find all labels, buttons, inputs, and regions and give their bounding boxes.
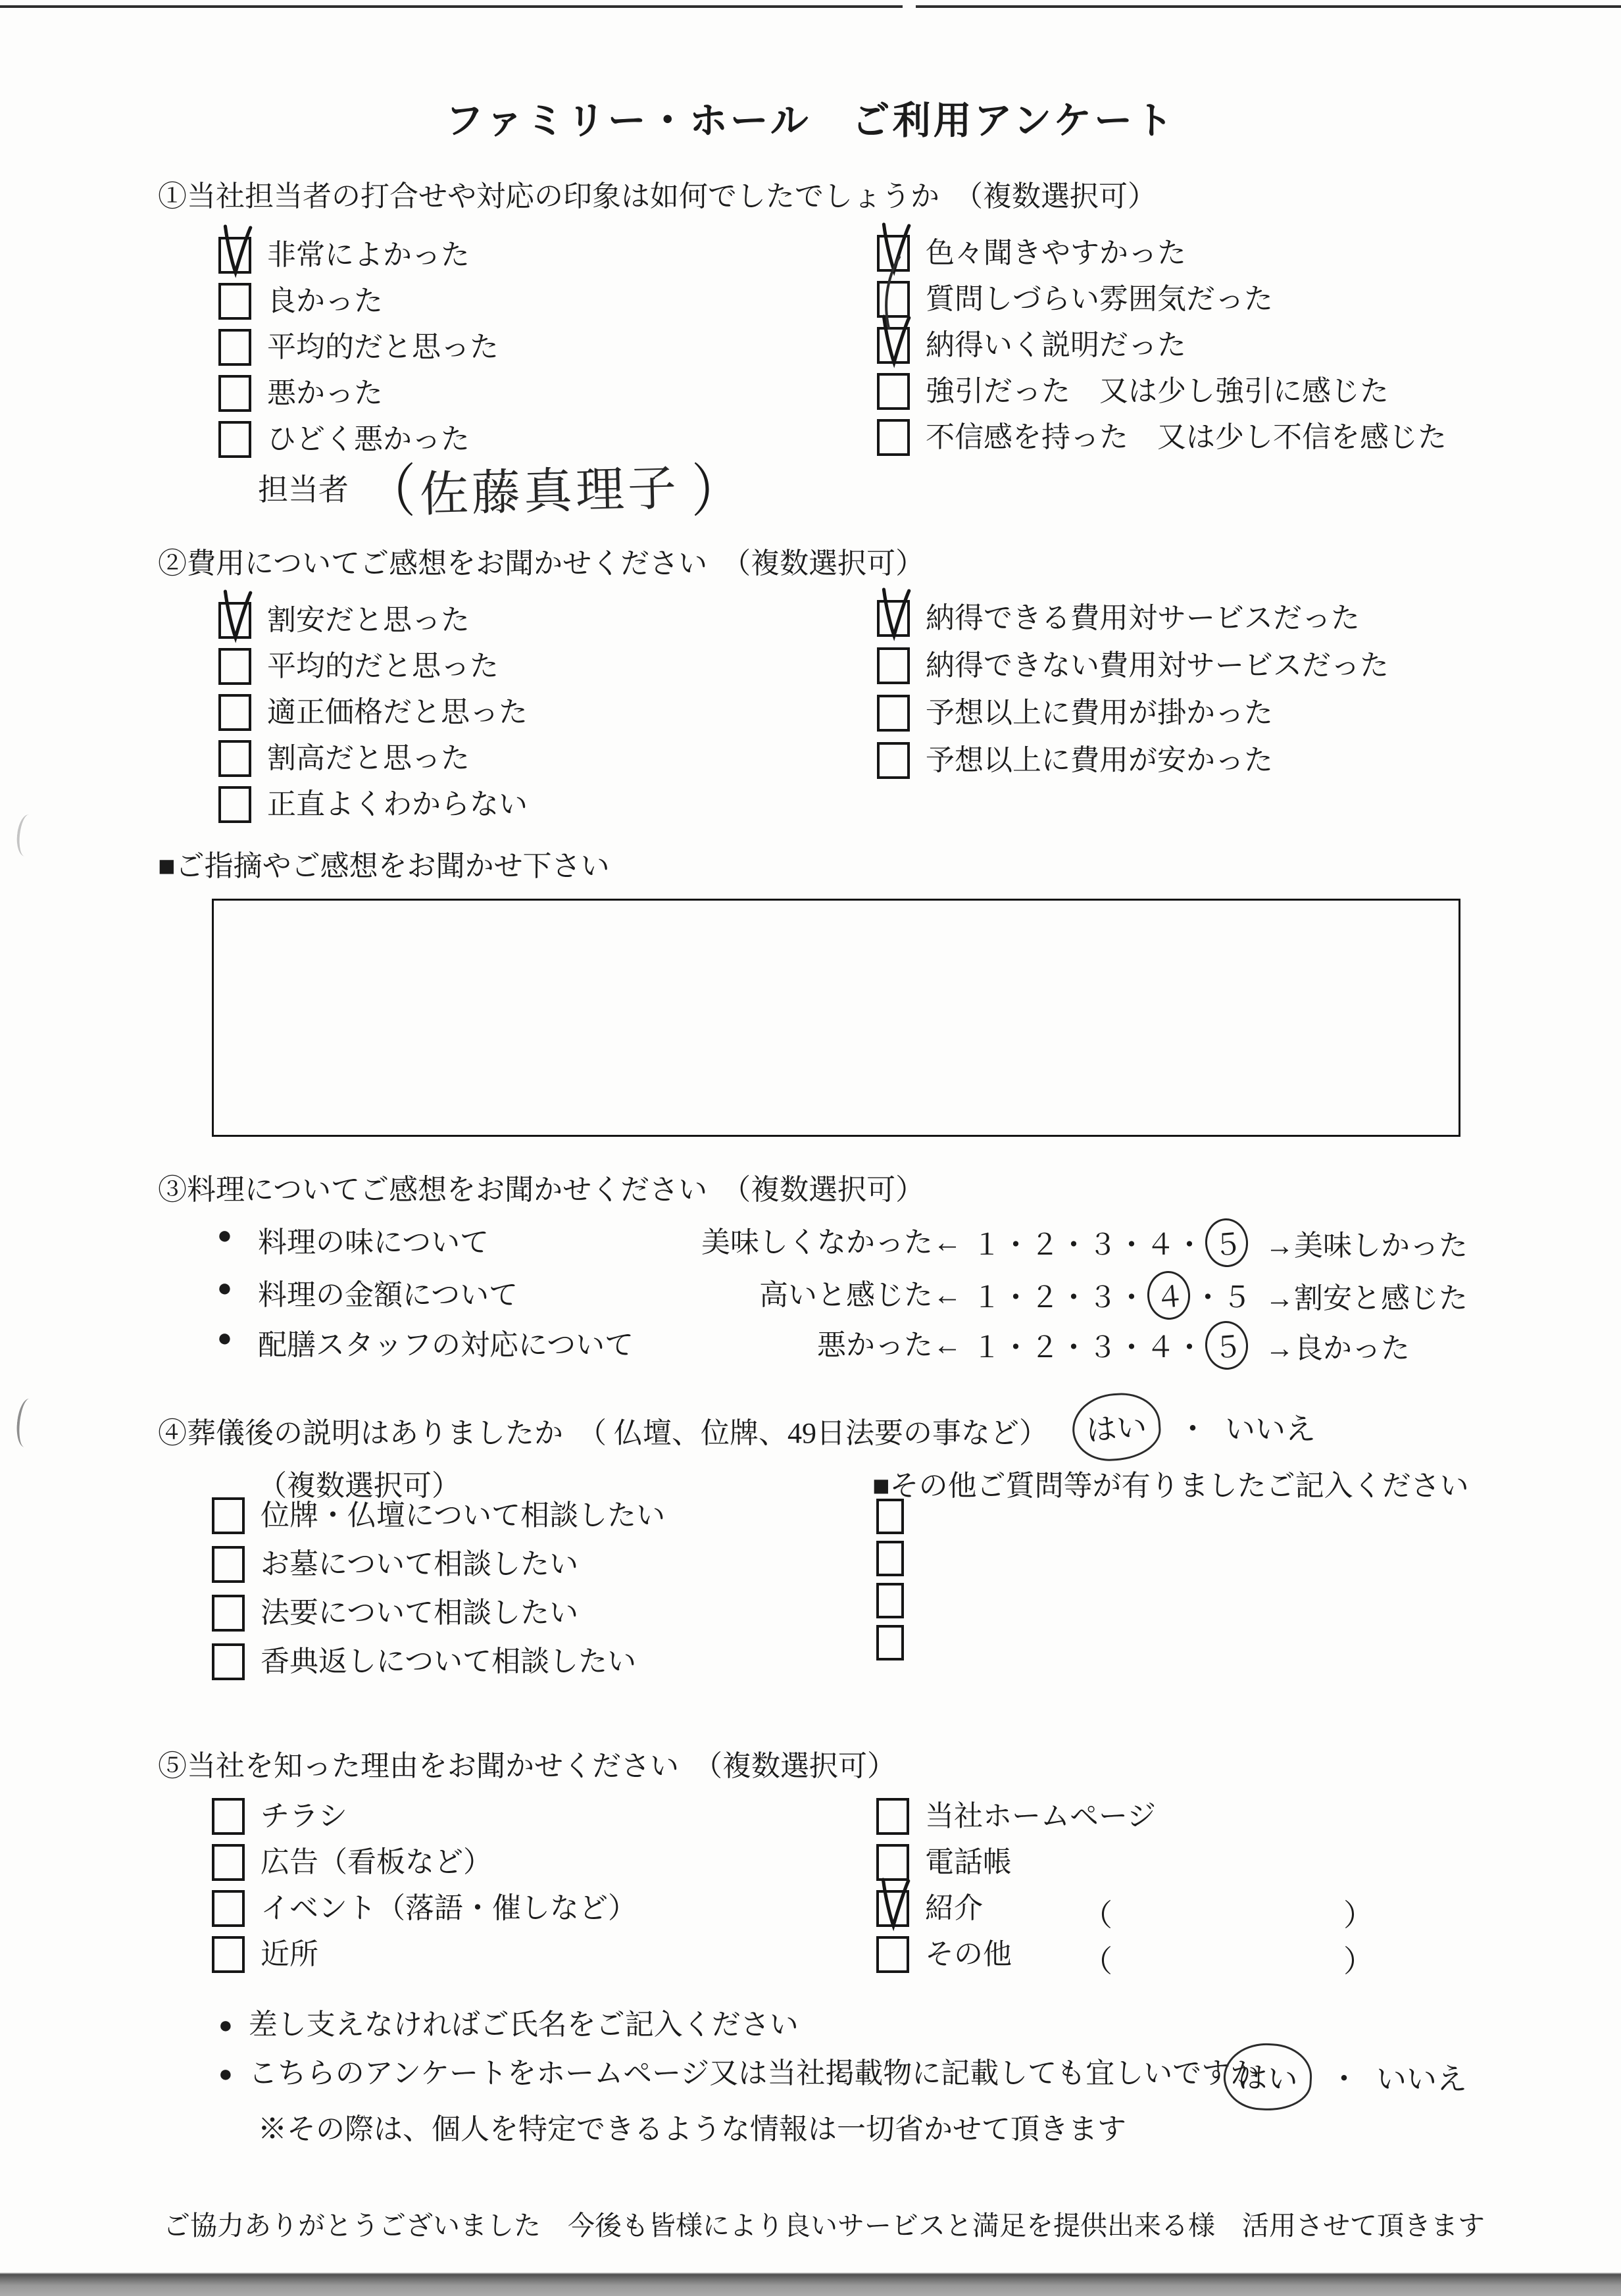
bullet-icon: ● [217,1274,232,1303]
checkbox[interactable] [877,647,910,684]
referral-paren-close: ） [1343,1891,1374,1935]
rating-high-anchor: →割安と感じた [1265,1274,1468,1316]
q4-answer-no[interactable]: いいえ [1225,1405,1316,1449]
rating-1[interactable]: １ [972,1221,999,1263]
checkbox[interactable] [876,1798,909,1835]
comments-box[interactable] [212,899,1460,1137]
q1-option-pushy[interactable]: 強引だった 又は少し強引に感じた [877,373,1389,410]
option-label: 当社ホームページ [925,1798,1156,1834]
q2-option-unsure[interactable]: 正直よくわからない [218,786,528,823]
rating-label: 料理の味について [258,1218,489,1260]
scan-artifact-edge-mark [15,814,39,858]
option-label: ひどく悪かった [267,421,470,457]
q4-option-koudengaeshi[interactable]: 香典返しについて相談したい [212,1643,636,1680]
q4-option-ihai-butsudan[interactable]: 位牌・仏壇について相談したい [212,1497,665,1534]
checkbox[interactable] [212,1643,245,1680]
option-label: 法要について相談したい [261,1595,578,1630]
q3-heading: ③料理についてご感想をお聞かせください （複数選択可） [158,1166,924,1208]
scale-separator: ・ [1059,1332,1086,1364]
scan-artifact-top-line [0,5,903,8]
rating-high-anchor: →良かった [1265,1324,1410,1366]
scale-separator: ・ [1117,1282,1144,1314]
q4-other-checkbox-row[interactable] [876,1625,904,1660]
rating-4[interactable]: ４ [1146,1324,1173,1366]
scale-separator: ・ [1059,1282,1086,1314]
checkbox[interactable] [212,1890,245,1927]
option-label: 割高だと思った [267,740,470,776]
scan-artifact-bottom-band [0,2270,1621,2296]
bullet-icon: ● [218,2057,233,2091]
checkbox[interactable] [212,1497,245,1534]
scale-separator: ・ [1175,1332,1202,1364]
q2-option-more-than-expected[interactable]: 予想以上に費用が掛かった [877,695,1273,732]
rating-1[interactable]: １ [972,1274,999,1316]
privacy-note: ※その際は、個人を特定できるような情報は一切省かせて頂きます [258,2105,1126,2147]
q4-other-checkbox-row[interactable] [876,1499,904,1534]
option-label: イベント（落語・催しなど） [261,1890,637,1926]
name-request-text: 差し支えなければご氏名をご記入ください [249,2008,799,2042]
q1-option-terrible[interactable]: ひどく悪かった [218,421,470,458]
rating-label: 配膳スタッフの対応について [258,1321,634,1363]
q2-option-cheap[interactable]: 割安だと思った [218,602,470,639]
scale-separator: ・ [1001,1332,1028,1364]
rating-row-food-taste: ● 料理の味について 美味しくなかった← １・２・３・４・５ →美味しかった [0,1218,1621,1262]
publish-answer-yes-circled[interactable]: はい [1222,2041,1313,2113]
checkbox[interactable] [218,740,251,777]
q2-option-average[interactable]: 平均的だと思った [218,648,499,685]
q2-option-expensive[interactable]: 割高だと思った [218,740,470,777]
option-label: 非常によかった [267,237,470,272]
checkbox[interactable] [218,694,251,731]
survey-page: ファミリー・ホール ご利用アンケート ①当社担当者の打合せや対応の印象は如何でし… [0,0,1621,2296]
q5-option-referral[interactable]: 紹介 [876,1890,983,1927]
checkbox[interactable] [212,1798,245,1835]
option-label: お墓について相談したい [261,1546,578,1582]
q5-option-other[interactable]: その他 [876,1936,1012,1973]
q4-heading: ④葬儀後の説明はありましたか （ 仏壇、位牌、49日法要の事など） [158,1409,1048,1451]
q5-option-event[interactable]: イベント（落語・催しなど） [212,1890,637,1927]
checkbox-checked[interactable] [877,600,910,637]
checkbox[interactable] [212,1844,245,1881]
rating-2[interactable]: ２ [1030,1274,1057,1316]
bullet-icon: ● [218,2008,233,2042]
q1-option-convincing-explanation[interactable]: 納得いく説明だった [877,327,1186,364]
rating-4-selected[interactable]: ４ [1145,1269,1192,1321]
publish-question-row: ● こちらのアンケートをホームページ又は当社掲載物に記載しても宜しいですか [218,2057,1259,2091]
q1-option-good[interactable]: 良かった [218,283,383,320]
q4-other-questions-heading: ■その他ご質問等が有りましたご記入ください [872,1462,1469,1504]
q1-heading: ①当社担当者の打合せや対応の印象は如何でしたでしょうか （複数選択可） [158,172,1157,214]
option-label: 近所 [261,1936,318,1972]
q5-option-neighborhood[interactable]: 近所 [212,1936,318,1973]
checkbox[interactable] [877,695,910,732]
checkbox[interactable] [218,786,251,823]
rating-3[interactable]: ３ [1088,1274,1115,1316]
option-label: 質問しづらい雰囲気だった [926,281,1273,316]
checkbox-checked[interactable] [218,602,251,639]
rating-high-anchor: →美味しかった [1265,1222,1468,1264]
rating-low-anchor: 美味しくなかった← [701,1218,962,1260]
q4-option-houyou[interactable]: 法要について相談したい [212,1595,578,1632]
checkbox[interactable] [218,648,251,685]
q5-option-flyer[interactable]: チラシ [212,1798,347,1835]
option-label: 平均的だと思った [267,648,499,684]
scale-separator: ・ [1001,1282,1028,1314]
q1-option-very-good[interactable]: 非常によかった [218,237,470,274]
rating-4[interactable]: ４ [1146,1221,1173,1263]
q1-option-easy-to-ask[interactable]: 色々聞きやすかった [877,235,1186,272]
checkbox[interactable] [877,419,910,456]
publish-question-text: こちらのアンケートをホームページ又は当社掲載物に記載しても宜しいですか [249,2057,1259,2091]
option-label: 納得いく説明だった [926,327,1186,362]
rating-scale: １・２・３・４・５ [972,1218,1249,1267]
scale-separator: ・ [1059,1229,1086,1261]
option-label: 適正価格だと思った [267,694,528,730]
q5-option-website[interactable]: 当社ホームページ [876,1798,1156,1835]
paren-open: （ [366,456,416,528]
q5-option-ad[interactable]: 広告（看板など） [212,1844,492,1881]
checkbox[interactable] [876,1499,904,1534]
publish-answer-no[interactable]: いいえ [1376,2055,1467,2099]
scan-artifact-edge-mark [14,1398,39,1449]
q2-option-bad-value[interactable]: 納得できない費用対サービスだった [877,647,1389,684]
rating-2[interactable]: ２ [1030,1221,1057,1263]
comments-heading: ■ご指摘やご感想をお聞かせ下さい [158,842,610,884]
scale-separator: ・ [1175,1229,1202,1261]
checkbox-checked[interactable] [218,237,251,274]
checkbox-checked[interactable] [877,327,910,364]
checkbox-checked[interactable] [876,1890,909,1927]
option-label: その他 [925,1936,1012,1972]
option-label: 紹介 [925,1890,983,1926]
option-label: 位牌・仏壇について相談したい [261,1497,665,1533]
option-label: 納得できない費用対サービスだった [926,647,1389,683]
q5-heading: ⑤当社を知った理由をお聞かせください （複数選択可） [158,1742,896,1784]
scale-separator: ・ [1117,1229,1144,1261]
option-label: 電話帳 [925,1844,1012,1880]
checkbox[interactable] [877,373,910,410]
checkbox[interactable] [876,1541,904,1576]
rating-3[interactable]: ３ [1088,1221,1115,1263]
checkbox[interactable] [212,1936,245,1973]
rating-5[interactable]: ５ [1222,1274,1249,1316]
option-label: 香典返しについて相談したい [261,1643,636,1679]
option-label: 納得できる費用対サービスだった [926,600,1360,636]
checkbox[interactable] [212,1546,245,1583]
checkbox[interactable] [212,1595,245,1632]
option-label: 予想以上に費用が掛かった [926,695,1273,730]
checkbox[interactable] [218,329,251,366]
q2-option-fair-price[interactable]: 適正価格だと思った [218,694,528,731]
rating-5-selected[interactable]: ５ [1203,1319,1250,1371]
q1-option-hard-to-ask[interactable]: 質問しづらい雰囲気だった [877,281,1273,318]
option-label: 正直よくわからない [267,786,528,822]
option-label: 良かった [267,283,383,318]
scale-separator: ・ [1001,1229,1028,1261]
yesno-separator: ・ [1329,2055,1359,2099]
bullet-icon: ● [217,1221,232,1250]
rating-low-anchor: 高いと感じた← [759,1271,962,1313]
rating-scale: １・２・３・４・５ [972,1271,1249,1320]
scan-artifact-top-line [916,5,1621,8]
rating-scale: １・２・３・４・５ [972,1321,1249,1370]
rating-low-anchor: 悪かった← [817,1321,962,1363]
rating-2[interactable]: ２ [1030,1324,1057,1366]
option-label: 割安だと思った [267,602,470,637]
q1-option-distrust[interactable]: 不信感を持った 又は少し不信を感じた [877,419,1447,456]
rating-row-staff-service: ● 配膳スタッフの対応について 悪かった← １・２・３・４・５ →良かった [0,1321,1621,1364]
option-label: 悪かった [267,375,383,411]
footer-thanks: ご協力ありがとうございました 今後も皆様により良いサービスと満足を提供出来る様 … [163,2204,1485,2243]
checkbox[interactable] [876,1583,904,1618]
checkbox[interactable] [218,283,251,320]
option-label: 強引だった 又は少し強引に感じた [926,373,1389,409]
paren-close: ） [691,456,741,528]
staff-label: 担当者 [258,461,349,520]
bullet-icon: ● [217,1324,232,1353]
q2-option-less-than-expected[interactable]: 予想以上に費用が安かった [877,742,1273,779]
option-label: 広告（看板など） [261,1844,492,1880]
q4-yesno-group: はい ・ いいえ [1072,1393,1316,1460]
option-label: 予想以上に費用が安かった [926,742,1273,778]
staff-name-handwritten[interactable]: 佐藤真理子 [419,457,680,527]
q2-option-good-value[interactable]: 納得できる費用対サービスだった [877,600,1360,637]
option-label: チラシ [261,1798,347,1834]
q4-other-checkbox-row[interactable] [876,1541,904,1576]
rating-3[interactable]: ３ [1088,1324,1115,1366]
staff-name-row: 担当者 （ 佐藤真理子 ） [258,461,741,524]
option-label: 色々聞きやすかった [926,235,1186,270]
q4-option-grave[interactable]: お墓について相談したい [212,1546,578,1583]
rating-row-food-price: ● 料理の金額について 高いと感じた← １・２・３・４・５ →割安と感じた [0,1271,1621,1314]
scale-separator: ・ [1117,1332,1144,1364]
q2-heading: ②費用についてご感想をお聞かせください （複数選択可） [158,539,924,582]
name-request-row: ● 差し支えなければご氏名をご記入ください [218,2008,799,2042]
scale-separator: ・ [1193,1282,1220,1314]
checkbox[interactable] [218,421,251,458]
option-label: 平均的だと思った [267,329,499,364]
checkbox[interactable] [876,1625,904,1660]
q1-option-bad[interactable]: 悪かった [218,375,383,412]
referral-paren-open: （ [1082,1891,1112,1935]
option-label: 不信感を持った 又は少し不信を感じた [926,419,1447,455]
rating-1[interactable]: １ [972,1324,999,1366]
other-paren-open: （ [1082,1937,1112,1981]
rating-5-selected[interactable]: ５ [1203,1216,1250,1268]
q1-option-average[interactable]: 平均的だと思った [218,329,499,366]
checkbox[interactable] [876,1936,909,1973]
q4-answer-yes-circled[interactable]: はい [1070,1390,1163,1463]
publish-yesno-group: はい ・ いいえ [1224,2043,1467,2110]
survey-title: ファミリー・ホール ご利用アンケート [0,89,1621,145]
rating-label: 料理の金額について [258,1271,518,1313]
q4-other-checkbox-row[interactable] [876,1583,904,1618]
other-paren-close: ） [1343,1937,1374,1981]
yesno-separator: ・ [1178,1405,1208,1449]
checkbox[interactable] [877,742,910,779]
checkbox[interactable] [218,375,251,412]
